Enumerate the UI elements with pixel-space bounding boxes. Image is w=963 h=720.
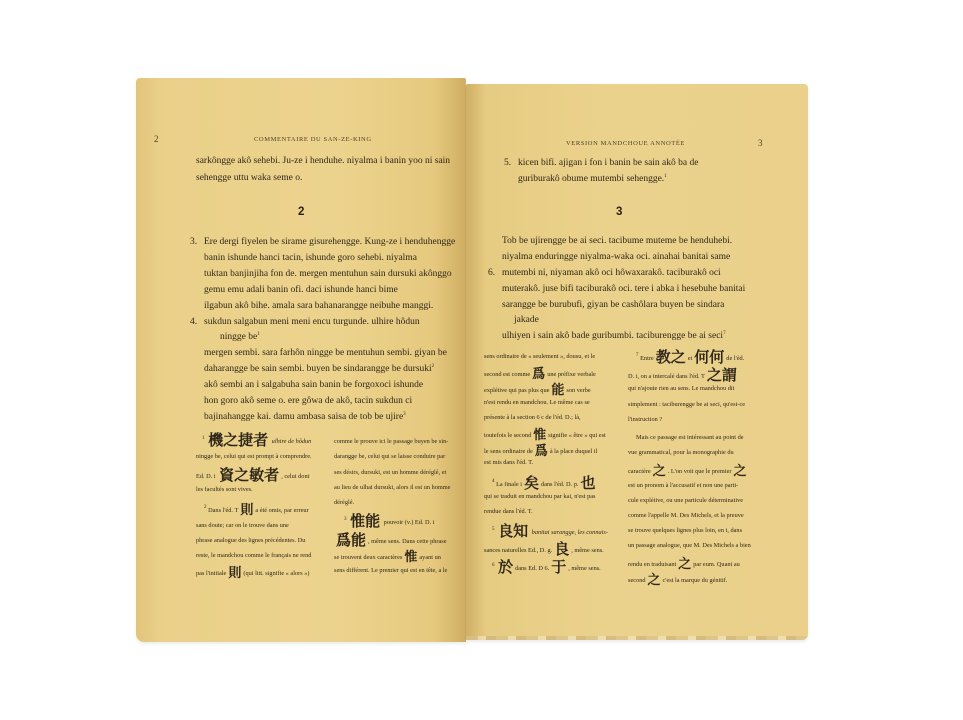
footnote-line: cule explétive, ou une particule détermi… xyxy=(628,498,743,504)
footnote-line: second est comme爲une préfixe verbale xyxy=(484,368,596,381)
footnote-line: comme le prouve ici le passage buyen be … xyxy=(334,439,448,445)
text-line: banin ishunde hanci tacin, ishunde goro … xyxy=(204,253,417,263)
text-line: niyalma enduringge niyalma-waka oci. ain… xyxy=(502,252,730,262)
footnote-line: toutefois le second惟signifie « être » qu… xyxy=(484,429,606,442)
text-line: sehengge uttu waka seme o. xyxy=(196,173,302,183)
footnote-line: darangge be, celui qui se laisse conduir… xyxy=(334,454,445,460)
footnote-2: 2 Dans l'éd. T則a été omis, par erreur xyxy=(204,504,309,517)
footnote-line: sans doute; car on le trouve dans une xyxy=(196,523,289,529)
footnote-line: 爲能, même sens. Dans cette phrase xyxy=(334,533,447,548)
footnote-line: est un pronom à l'accusatif et non une p… xyxy=(628,483,738,489)
text-line: guriburakô obume mutembi sehengge.1 xyxy=(518,174,667,184)
footnote-line: Ed. D. i 資之敏者, celui dont xyxy=(196,468,309,483)
left-page: 2 COMMENTAIRE DU SAN-ZE-KING sarkôngge a… xyxy=(136,78,466,642)
text-line: Tob be ujirengge be ai seci. tacibume mu… xyxy=(502,236,732,246)
text-line: sukdun salgabun meni meni encu turgunde.… xyxy=(204,317,420,327)
footnote-line: ses désirs, dursuki, est un homme dérégl… xyxy=(334,470,446,476)
text-line: muterakô. juse bifi taciburakô oci. tere… xyxy=(502,284,745,294)
footnote-line: déréglé. xyxy=(334,500,354,506)
text-line: mergen sembi. sara farhôn ningge be ment… xyxy=(204,348,447,358)
footnote-line: au lieu de ulhai dursuki, alors il est u… xyxy=(334,485,450,491)
text-line: sarkôngge akô sehebi. Ju-ze i henduhe. n… xyxy=(196,156,450,166)
running-head: COMMENTAIRE DU SAN-ZE-KING xyxy=(254,136,372,143)
footnote-line: ningge be, celui qui est prompt à compre… xyxy=(196,454,312,460)
section-number: 2 xyxy=(298,206,304,218)
footnote-line: n'est rendu en mandchou. Le même cas se xyxy=(484,400,590,406)
text-line: mutembi ni, niyaman akô oci hôwaxarakô. … xyxy=(502,268,721,278)
text-line: tuktan banjinjiha fon de. mergen mentuhu… xyxy=(204,269,452,279)
text-line: sarangge be burubufi, giyan be cashôlara… xyxy=(502,300,724,310)
right-page: VERSION MANDCHOUE ANNOTÉE 3 5. kicen bif… xyxy=(466,84,808,640)
text-line: hon goro akô seme o. ere gôwa de akô, ta… xyxy=(204,396,412,406)
page-number: 2 xyxy=(154,134,159,144)
footnote-4: 4 La finale i矣dans l'éd. D. p.也 xyxy=(492,476,598,491)
footnote-line: les facultés sont vives. xyxy=(196,487,253,493)
footnote-line: rendu en traduisant之par eum. Quant au xyxy=(628,558,740,571)
running-head: VERSION MANDCHOUE ANNOTÉE xyxy=(566,140,685,147)
footnote-line: explétive qui pas plus que能son verbe xyxy=(484,384,591,397)
footnote-line: un passage analogue, que M. Des Michels … xyxy=(628,543,751,549)
footnote-line: présente à la section 6 c de l'éd. D.; l… xyxy=(484,415,581,421)
footnote-line: qui se traduit en mandchou par kai, n'es… xyxy=(484,494,595,500)
footnote-1: 1 機之捷者 ulhire de hôdun xyxy=(202,433,311,448)
footnote-line: second之c'est la marque du génitif. xyxy=(628,574,727,587)
verse-number: 5. xyxy=(504,158,511,168)
footnote-line: comme l'appelle M. Des Michels, et la pr… xyxy=(628,513,744,519)
footnote-line: sens ordinaire de « seulement », dousu, … xyxy=(484,354,595,360)
footnote-line: qui n'ajoute rien au sens. Le mandchou d… xyxy=(628,386,734,392)
text-line: jakade xyxy=(514,315,539,325)
footnote-line: rendue dans l'éd. T. xyxy=(484,509,533,515)
footnote-line: reste, le mandchou comme le français ne … xyxy=(196,553,311,559)
footnote-5: 5 良知 banitai sarangge, les connais- xyxy=(492,524,608,539)
page-number: 3 xyxy=(758,138,763,148)
footnote-line: vue grammatical, pour la monographie du xyxy=(628,450,734,456)
verse-number: 6. xyxy=(488,268,495,278)
footnote-line: pas l'initiale則(qui litt. signifie « alo… xyxy=(196,567,309,580)
text-line: kicen bifi. ajigan i fon i banin be sain… xyxy=(518,158,698,168)
text-line: ningge be1 xyxy=(220,332,260,342)
footnote-line: le sens ordinaire de爲à la place duquel i… xyxy=(484,445,597,458)
footnote-line: l'instruction ? xyxy=(628,417,662,423)
text-line: ilgabun akô bihe. amala sara bahanarangg… xyxy=(204,301,433,311)
section-number: 3 xyxy=(616,206,622,218)
text-line: Ere dergi fiyelen be sirame gisurehengge… xyxy=(204,237,455,247)
text-line: daharangge be sain sembi. buyen be sinda… xyxy=(204,364,434,374)
footnote-line: simplement : taciburengge be ai seci, qu… xyxy=(628,402,745,408)
footnote-line: sens différent. Le premier qui est en tê… xyxy=(334,568,447,574)
verse-number: 4. xyxy=(190,317,197,327)
footnote-line: Mais ce passage est intéressant au point… xyxy=(636,435,744,441)
footnote-line: D. i, on a intercalé dans l'éd. T之謂 xyxy=(628,368,739,383)
verse-number: 3. xyxy=(190,237,197,247)
footnote-line: phrase analogue des lignes précédentes. … xyxy=(196,538,305,544)
footnote-line: caractère之. L'on voit que le premier之 xyxy=(628,465,749,478)
open-book: 2 COMMENTAIRE DU SAN-ZE-KING sarkôngge a… xyxy=(0,0,963,720)
text-line: ulhiyen i sain akô bade guribumbi. tacib… xyxy=(502,331,726,341)
footnote-3: 3 惟能 pouvoir (v.) Ed. D. i xyxy=(344,514,435,529)
footnote-line: se trouve quelques lignes plus loin, en … xyxy=(628,528,742,534)
footnote-line: est mis dans l'éd. T. xyxy=(484,460,533,466)
text-line: bajinahangge kai. damu ambasa saisa de t… xyxy=(204,412,406,422)
text-line: akô sembi an i salgabuha sain banin be f… xyxy=(204,380,423,390)
footnote-line: se trouvent deux caractères惟ayant un xyxy=(334,551,441,564)
text-line: gemu emu adali banin ofi. daci ishunde h… xyxy=(204,285,398,295)
footnote-6: 6 於dans Ed. D 6.于, même sens. xyxy=(492,560,601,575)
footnote-line: sances naturelles Ed., D. g.良, même sens… xyxy=(484,542,604,557)
footnote-7: 7 Entre教之et何何de l'éd. xyxy=(636,350,744,365)
